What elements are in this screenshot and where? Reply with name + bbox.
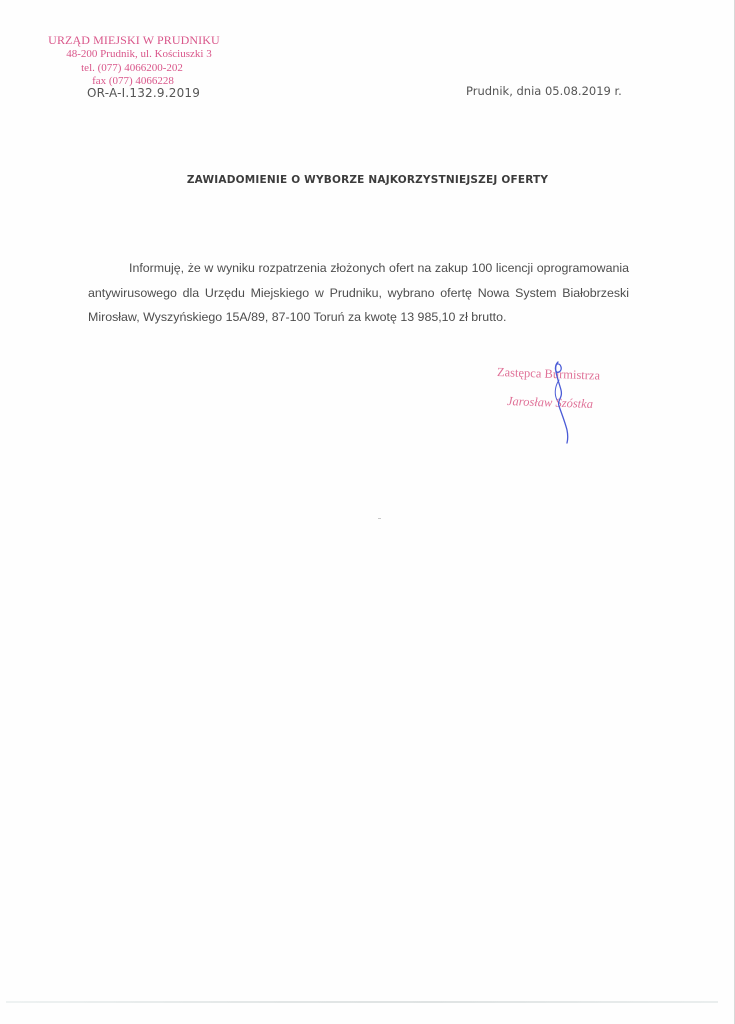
- place-and-date: Prudnik, dnia 05.08.2019 r.: [466, 84, 622, 98]
- document-page: URZĄD MIEJSKI W PRUDNIKU 48-200 Prudnik,…: [0, 0, 735, 1024]
- document-body: Informuję, że w wyniku rozpatrzenia złoż…: [88, 256, 629, 330]
- stamp-phone: tel. (077) 4066200-202: [38, 61, 226, 75]
- stamp-address: 48-200 Prudnik, ul. Kościuszki 3: [52, 47, 226, 61]
- document-title-text: ZAWIADOMIENIE O WYBORZE NAJKORZYSTNIEJSZ…: [187, 174, 548, 186]
- document-title: ZAWIADOMIENIE O WYBORZE NAJKORZYSTNIEJSZ…: [0, 174, 735, 186]
- scan-edge-line: [6, 1001, 718, 1003]
- scan-artifact: [378, 518, 381, 519]
- handwritten-signature-icon: [545, 360, 585, 445]
- stamp-office-name: URZĄD MIEJSKI W PRUDNIKU: [42, 33, 226, 47]
- reference-number: OR-A-I.132.9.2019: [87, 86, 200, 100]
- office-stamp: URZĄD MIEJSKI W PRUDNIKU 48-200 Prudnik,…: [46, 33, 226, 87]
